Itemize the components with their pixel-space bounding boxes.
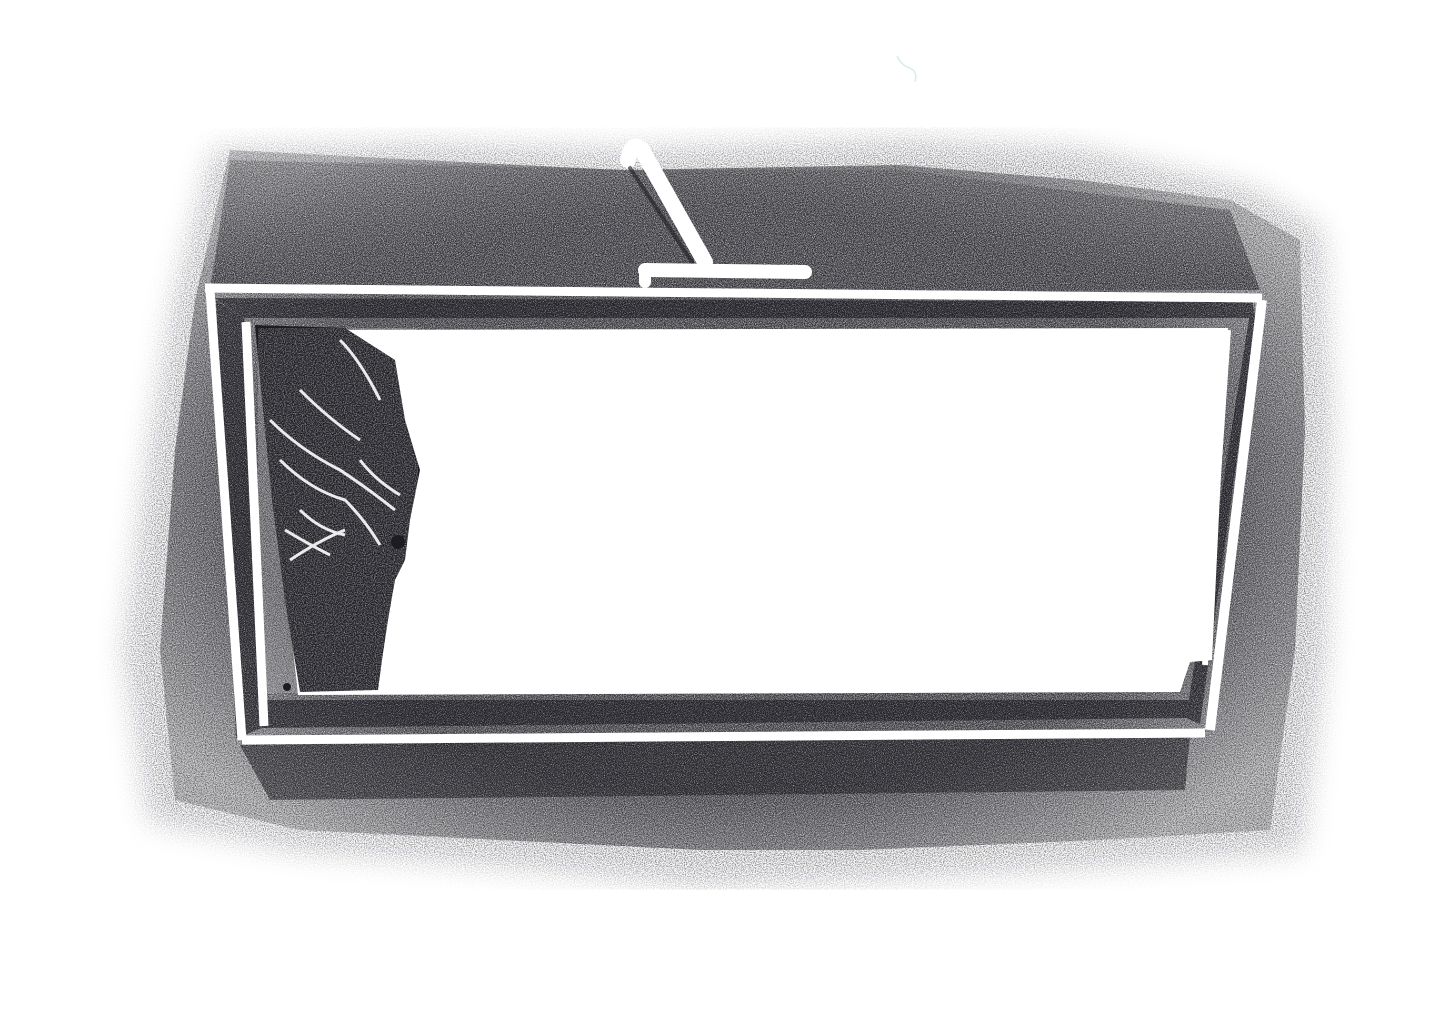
paper-fiber <box>897 56 916 82</box>
ink-rubbing-artwork <box>0 0 1440 1015</box>
rubbing-canvas: rectangular frame rubbing <box>0 0 1440 1015</box>
textured-left-panel <box>255 325 420 693</box>
